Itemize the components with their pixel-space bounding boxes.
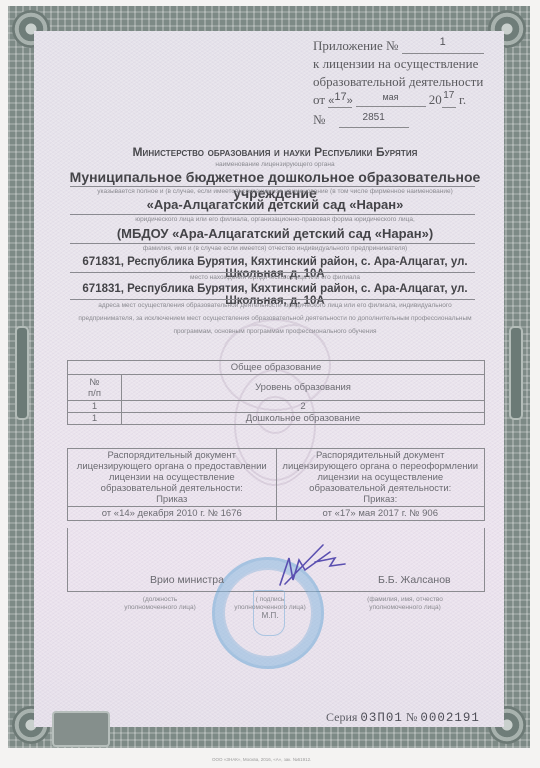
- divider: [70, 272, 475, 273]
- form-number: 0002191: [420, 711, 480, 725]
- index-cell: 2: [122, 401, 485, 413]
- activity-caption-1: адреса мест осуществления образовательно…: [60, 302, 490, 309]
- appendix-reg-line: № 2851: [313, 112, 409, 128]
- caption-line: (фамилия, имя, отчество: [340, 596, 470, 604]
- caption-line: ( подпись: [215, 596, 325, 604]
- col-num-line-2: п/п: [68, 388, 121, 399]
- grant-line: лицензии на осуществление: [70, 472, 274, 483]
- grant-order-cell: Распорядительный документ лицензирующего…: [68, 449, 277, 507]
- date-year-prefix: 20: [429, 92, 442, 107]
- reissue-order-ref: от «17» мая 2017 г. № 906: [276, 507, 485, 521]
- divider: [70, 186, 475, 187]
- appendix-license-line: к лицензии на осуществление: [313, 56, 478, 72]
- table-row: 1 Дошкольное образование: [68, 413, 485, 425]
- row-level: Дошкольное образование: [122, 413, 485, 425]
- name-caption: (фамилия, имя, отчество уполномоченного …: [340, 596, 470, 612]
- divider: [70, 214, 475, 215]
- series-value: 03П01: [360, 711, 403, 725]
- col-num-line-1: №: [68, 377, 121, 388]
- bottom-ornament-panel: [52, 711, 110, 747]
- signer-name: Б.Б. Жалсанов: [378, 574, 451, 586]
- date-year-suffix: 17: [442, 96, 456, 108]
- row-num: 1: [68, 413, 122, 425]
- full-name-caption: указывается полное и (в случае, если име…: [60, 188, 490, 195]
- reissue-line: лицензирующего органа о переоформлении: [279, 461, 483, 472]
- education-levels-table: Общее образование № п/п Уровень образова…: [67, 360, 485, 425]
- licensee-full-name-cont: «Ара-Алцагатский детский сад «Наран»: [60, 197, 490, 212]
- appendix-label: Приложение №: [313, 38, 398, 53]
- licensor-caption: наименование лицензирующего органа: [60, 161, 490, 168]
- divider: [70, 243, 475, 244]
- table-index-row: 1 2: [68, 401, 485, 413]
- signature-scribble-icon: [275, 540, 350, 590]
- position-caption: (должность уполномоченного лица): [100, 596, 220, 612]
- col-header-level: Уровень образования: [122, 375, 485, 401]
- col-header-num: № п/п: [68, 375, 122, 401]
- appendix-number: 1: [402, 38, 484, 54]
- divider: [70, 299, 475, 300]
- reissue-order-cell: Распорядительный документ лицензирующего…: [276, 449, 485, 507]
- signature-caption: ( подпись уполномоченного лица) М.П.: [215, 596, 325, 620]
- grant-doc-type: Приказ: [70, 494, 274, 505]
- index-cell: 1: [68, 401, 122, 413]
- licensor-name: Министерство образования и науки Республ…: [60, 145, 490, 159]
- grant-line: Распорядительный документ: [70, 450, 274, 461]
- location-caption: место нахождения юридического лица или е…: [60, 274, 490, 281]
- orders-table: Распорядительный документ лицензирующего…: [67, 448, 485, 521]
- appendix-date-line: от «17» мая 2017 г.: [313, 92, 466, 108]
- reg-label: №: [313, 112, 325, 127]
- grant-line: лицензирующего органа о предоставлении: [70, 461, 274, 472]
- reg-number: 2851: [339, 116, 409, 128]
- appendix-activity-line: образовательной деятельности: [313, 74, 483, 90]
- side-ornament-icon: [15, 326, 29, 420]
- entrepreneur-caption: фамилия, имя и (в случае если имеется) о…: [60, 245, 490, 252]
- caption-line: (должность: [100, 596, 220, 604]
- number-label: №: [406, 710, 417, 724]
- date-year-unit: г.: [459, 92, 466, 107]
- caption-line: уполномоченного лица): [100, 604, 220, 612]
- grant-line: образовательной деятельности:: [70, 483, 274, 494]
- date-day: «17»: [328, 95, 352, 108]
- signer-position: Врио министра: [150, 574, 224, 586]
- form-series: Серия 03П01 № 0002191: [326, 710, 480, 725]
- appendix-number-line: Приложение № 1: [313, 38, 484, 54]
- reissue-line: лицензии на осуществление: [279, 472, 483, 483]
- printer-imprint: ООО «ЗНАК», Москва, 2016, «А», зак. №619…: [212, 757, 311, 762]
- grant-order-ref: от «14» декабря 2010 г. № 1676: [68, 507, 277, 521]
- legal-form-caption: юридического лица или его филиала, орган…: [60, 216, 490, 223]
- date-month: мая: [356, 96, 426, 107]
- side-ornament-icon: [509, 326, 523, 420]
- reissue-doc-type: Приказ:: [279, 494, 483, 505]
- reissue-line: Распорядительный документ: [279, 450, 483, 461]
- seal-mark: М.П.: [215, 612, 325, 620]
- series-label: Серия: [326, 710, 357, 724]
- licensee-short-name: (МБДОУ «Ара-Алцагатский детский сад «Нар…: [60, 226, 490, 241]
- activity-caption-3: программам, основным программам професси…: [60, 328, 490, 335]
- reissue-line: образовательной деятельности:: [279, 483, 483, 494]
- table-title: Общее образование: [68, 361, 485, 375]
- caption-line: уполномоченного лица): [340, 604, 470, 612]
- activity-caption-2: предпринимателя, за исключением мест осу…: [60, 315, 490, 322]
- date-prefix: от: [313, 92, 325, 107]
